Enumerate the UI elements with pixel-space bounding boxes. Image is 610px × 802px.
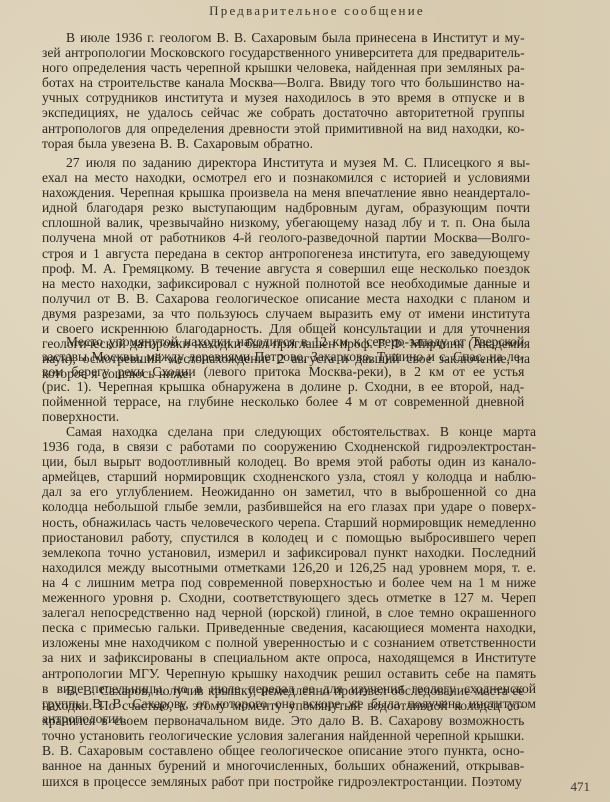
text-line: ность, обнажилась часть человеческого че… <box>42 515 536 530</box>
text-line: на место находки, зафиксировал с нужной … <box>42 276 530 291</box>
text-line: за них и зафиксированы в специальном акт… <box>42 650 536 665</box>
text-line: идной благодаря резко выступающим надбро… <box>42 200 530 215</box>
text-line: дал за его углублением. Неожиданно он за… <box>42 484 536 499</box>
text-line: Место упомянутой находки находится в 12 … <box>42 334 524 349</box>
text-line: антропологии МГУ. Черепную крышку находч… <box>42 666 536 681</box>
text-line: на 4 с лишним метра под современной пове… <box>42 575 536 590</box>
paragraph-1: В июле 1936 г. геологом В. В. Сахаровым … <box>42 30 525 151</box>
text-line: 27 июля по заданию директора Института и… <box>42 155 530 170</box>
text-line: зей антропологии Московского государстве… <box>42 45 525 60</box>
page-number: 471 <box>571 779 591 795</box>
text-line: ботах на строительстве канала Москва—Вол… <box>42 75 525 90</box>
text-line: землекопа точно установил, измерил и заф… <box>42 545 536 560</box>
paragraph-3: Место упомянутой находки находится в 12 … <box>42 334 524 425</box>
text-line: нахождения. Черепная крышка произвела на… <box>42 185 530 200</box>
text-line: вом берегу реки Сходни (левого притока М… <box>42 364 524 379</box>
text-line: поверхности. <box>42 409 524 424</box>
text-line: находился между высотными отметками 126,… <box>42 560 536 575</box>
text-line: Самая находка сделана при следующих обст… <box>42 424 536 439</box>
text-line: ции, был вырыт водоотливный колодец. Во … <box>42 454 536 469</box>
text-line: В июле 1936 г. геологом В. В. Сахаровым … <box>42 30 525 45</box>
section-header: Предварительное сообщение <box>42 3 592 21</box>
text-line: получил от В. В. Сахарова геологическое … <box>42 291 530 306</box>
text-line: ванное на данных бурений и многочисленны… <box>42 758 524 773</box>
paragraph-4: Самая находка сделана при следующих обст… <box>42 424 536 726</box>
text-line: заставы Москвы, между деревнями Петрово,… <box>42 349 524 364</box>
paragraph-5: В. В. Сахаров, получив крышку, немедленн… <box>42 683 524 789</box>
text-line: торая была увезена В. В. Сахаровым обрат… <box>42 136 525 151</box>
text-line: ехал на место находки, осмотрел его и по… <box>42 170 530 185</box>
text-line: антропологов для определения древности э… <box>42 121 525 136</box>
text-line: двумя разрезами, за что пользуюсь случае… <box>42 306 530 321</box>
text-line: меженного уровня р. Сходни, соответствую… <box>42 590 536 605</box>
text-line: (рис. 1). Черепная крышка обнаружена в д… <box>42 379 524 394</box>
text-line: пойменной террасе, на глубине несколько … <box>42 394 524 409</box>
text-line: песка с примесью гальки. Приведенные све… <box>42 620 536 635</box>
text-line: 1936 года, в связи с работами по сооруже… <box>42 439 536 454</box>
text-line: проф. М. А. Гремяцкому. В течение август… <box>42 261 530 276</box>
text-line: получена мной от работников 4-й геолого-… <box>42 230 530 245</box>
text-line: ного определения часть черепной крышки ч… <box>42 60 525 75</box>
text-line: хранился в своем первоначальном виде. Эт… <box>42 713 524 728</box>
text-line: изложены мне находчиком с полной уверенн… <box>42 635 536 650</box>
text-line: точно установить геологические условия з… <box>42 728 524 743</box>
text-line: сплошной валик, чрезвычайно низкому, убе… <box>42 215 530 230</box>
text-line: В. В. Сахаров, получив крышку, немедленн… <box>42 683 524 698</box>
text-line: приостановил работу, спустился в колодец… <box>42 530 536 545</box>
document-page: Предварительное сообщение В июле 1936 г.… <box>42 0 592 21</box>
text-line: экспедициях, не удалось сейчас же собрат… <box>42 105 525 120</box>
text-line: армейцев, старший нормировщик сходненско… <box>42 469 536 484</box>
text-line: колодца небольшой глыбе земли, разбившей… <box>42 499 536 514</box>
text-line: находки. По счастью, к этому моменту упо… <box>42 698 524 713</box>
text-line: залегал непосредственно над черной (юрск… <box>42 605 536 620</box>
text-line: строя и 1 августа передана в сектор антр… <box>42 246 530 261</box>
text-line: шихся в процессе земляных работ при пост… <box>42 774 524 789</box>
text-line: В. В. Сахаровым составлено общее геологи… <box>42 743 524 758</box>
text-line: учных сотрудников института и музея нахо… <box>42 90 525 105</box>
